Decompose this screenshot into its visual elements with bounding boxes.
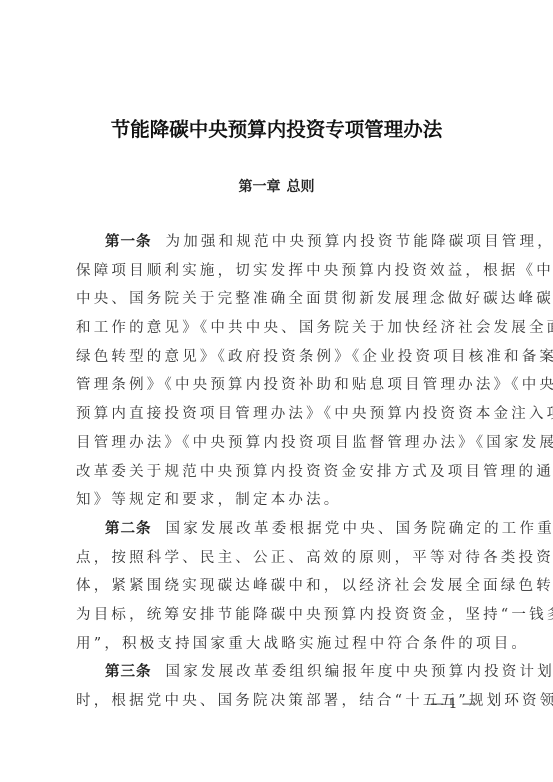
article-2-line-5: 用”，积极支持国家重大战略实施过程中符合条件的项目。 [76, 630, 478, 659]
article-2-number: 第二条 [105, 520, 152, 537]
article-2-line-4: 为目标，统筹安排节能降碳中央预算内投资资金，坚持“一钱多 [76, 601, 478, 630]
article-1-line-10: 知》等规定和要求，制定本办法。 [76, 486, 478, 515]
article-1-line-7: 预算内直接投资项目管理办法》《中央预算内投资资本金注入项 [76, 400, 478, 429]
article-1-number: 第一条 [105, 233, 152, 250]
article-1-line-4: 和工作的意见》《中共中央、国务院关于加快经济社会发展全面 [76, 314, 478, 343]
article-2-line-2: 点，按照科学、民主、公正、高效的原则，平等对待各类投资主 [76, 544, 478, 573]
article-2-line-3: 体，紧紧围绕实现碳达峰碳中和，以经济社会发展全面绿色转型 [76, 572, 478, 601]
document-page: 节能降碳中央预算内投资专项管理办法 第一章总则 第一条为加强和规范中央预算内投资… [0, 0, 553, 782]
article-1-line-3: 中央、国务院关于完整准确全面贯彻新发展理念做好碳达峰碳中 [76, 285, 478, 314]
article-1-line-2: 保障项目顺利实施，切实发挥中央预算内投资效益，根据《中共 [76, 257, 478, 286]
chapter-name: 总则 [287, 179, 315, 195]
article-3-text: 国家发展改革委组织编报年度中央预算内投资计划 [166, 664, 553, 680]
article-3-line-2: 时，根据党中央、国务院决策部署，结合“十五五”规划环资领 [76, 687, 478, 716]
article-1-line-5: 绿色转型的意见》《政府投资条例》《企业投资项目核准和备案 [76, 343, 478, 372]
article-2-text: 国家发展改革委根据党中央、国务院确定的工作重 [166, 521, 553, 537]
article-1-line-1: 第一条为加强和规范中央预算内投资节能降碳项目管理， [76, 228, 478, 257]
article-3-line-1: 第三条国家发展改革委组织编报年度中央预算内投资计划 [76, 658, 478, 687]
article-1-line-9: 改革委关于规范中央预算内投资资金安排方式及项目管理的通 [76, 458, 478, 487]
chapter-heading: 第一章总则 [0, 176, 553, 198]
article-1-line-6: 管理条例》《中央预算内投资补助和贴息项目管理办法》《中央 [76, 371, 478, 400]
article-2-line-1: 第二条国家发展改革委根据党中央、国务院确定的工作重 [76, 515, 478, 544]
article-3-number: 第三条 [105, 663, 152, 680]
document-body: 第一条为加强和规范中央预算内投资节能降碳项目管理， 保障项目顺利实施，切实发挥中… [76, 228, 478, 716]
document-title: 节能降碳中央预算内投资专项管理办法 [0, 117, 553, 143]
article-1-text: 为加强和规范中央预算内投资节能降碳项目管理， [166, 234, 553, 250]
chapter-number: 第一章 [239, 179, 281, 195]
article-1-line-8: 目管理办法》《中央预算内投资项目监督管理办法》《国家发展 [76, 429, 478, 458]
page-number: — 1 — [428, 694, 478, 714]
